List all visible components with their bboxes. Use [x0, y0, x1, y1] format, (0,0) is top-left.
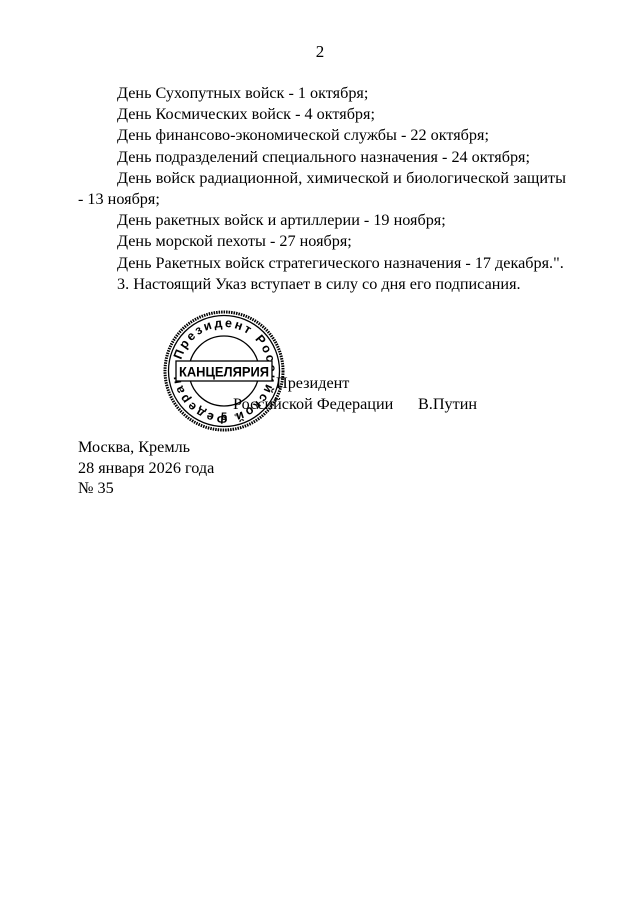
paragraph: 3. Настоящий Указ вступает в силу со дня…: [78, 274, 566, 295]
paragraph: День финансово-экономической службы - 22…: [78, 125, 566, 146]
page-number: 2: [0, 42, 640, 62]
svg-text:*: *: [234, 412, 238, 421]
paragraph: День Ракетных войск стратегического назн…: [78, 253, 566, 274]
issue-date: 28 января 2026 года: [78, 458, 214, 479]
stamp-number: 5: [221, 411, 227, 423]
signature-name: В.Путин: [418, 395, 477, 414]
signature-title-line1: Президент: [276, 374, 349, 393]
decree-footer: Москва, Кремль 28 января 2026 года № 35: [78, 437, 214, 499]
svg-text:*: *: [210, 412, 214, 421]
paragraph: День подразделений специального назначен…: [78, 147, 566, 168]
paragraph: День войск радиационной, химической и би…: [78, 168, 566, 210]
paragraph: День Космических войск - 4 октября;: [78, 104, 566, 125]
decree-body: День Сухопутных войск - 1 октября; День …: [78, 83, 566, 295]
decree-number: № 35: [78, 478, 214, 499]
paragraph: День морской пехоты - 27 ноября;: [78, 231, 566, 252]
official-stamp-icon: Президент Российской Федерации КАНЦЕЛЯРИ…: [162, 309, 286, 433]
issue-place: Москва, Кремль: [78, 437, 214, 458]
paragraph: День ракетных войск и артиллерии - 19 но…: [78, 210, 566, 231]
paragraph: День Сухопутных войск - 1 октября;: [78, 83, 566, 104]
stamp-center-text: КАНЦЕЛЯРИЯ: [179, 364, 269, 380]
